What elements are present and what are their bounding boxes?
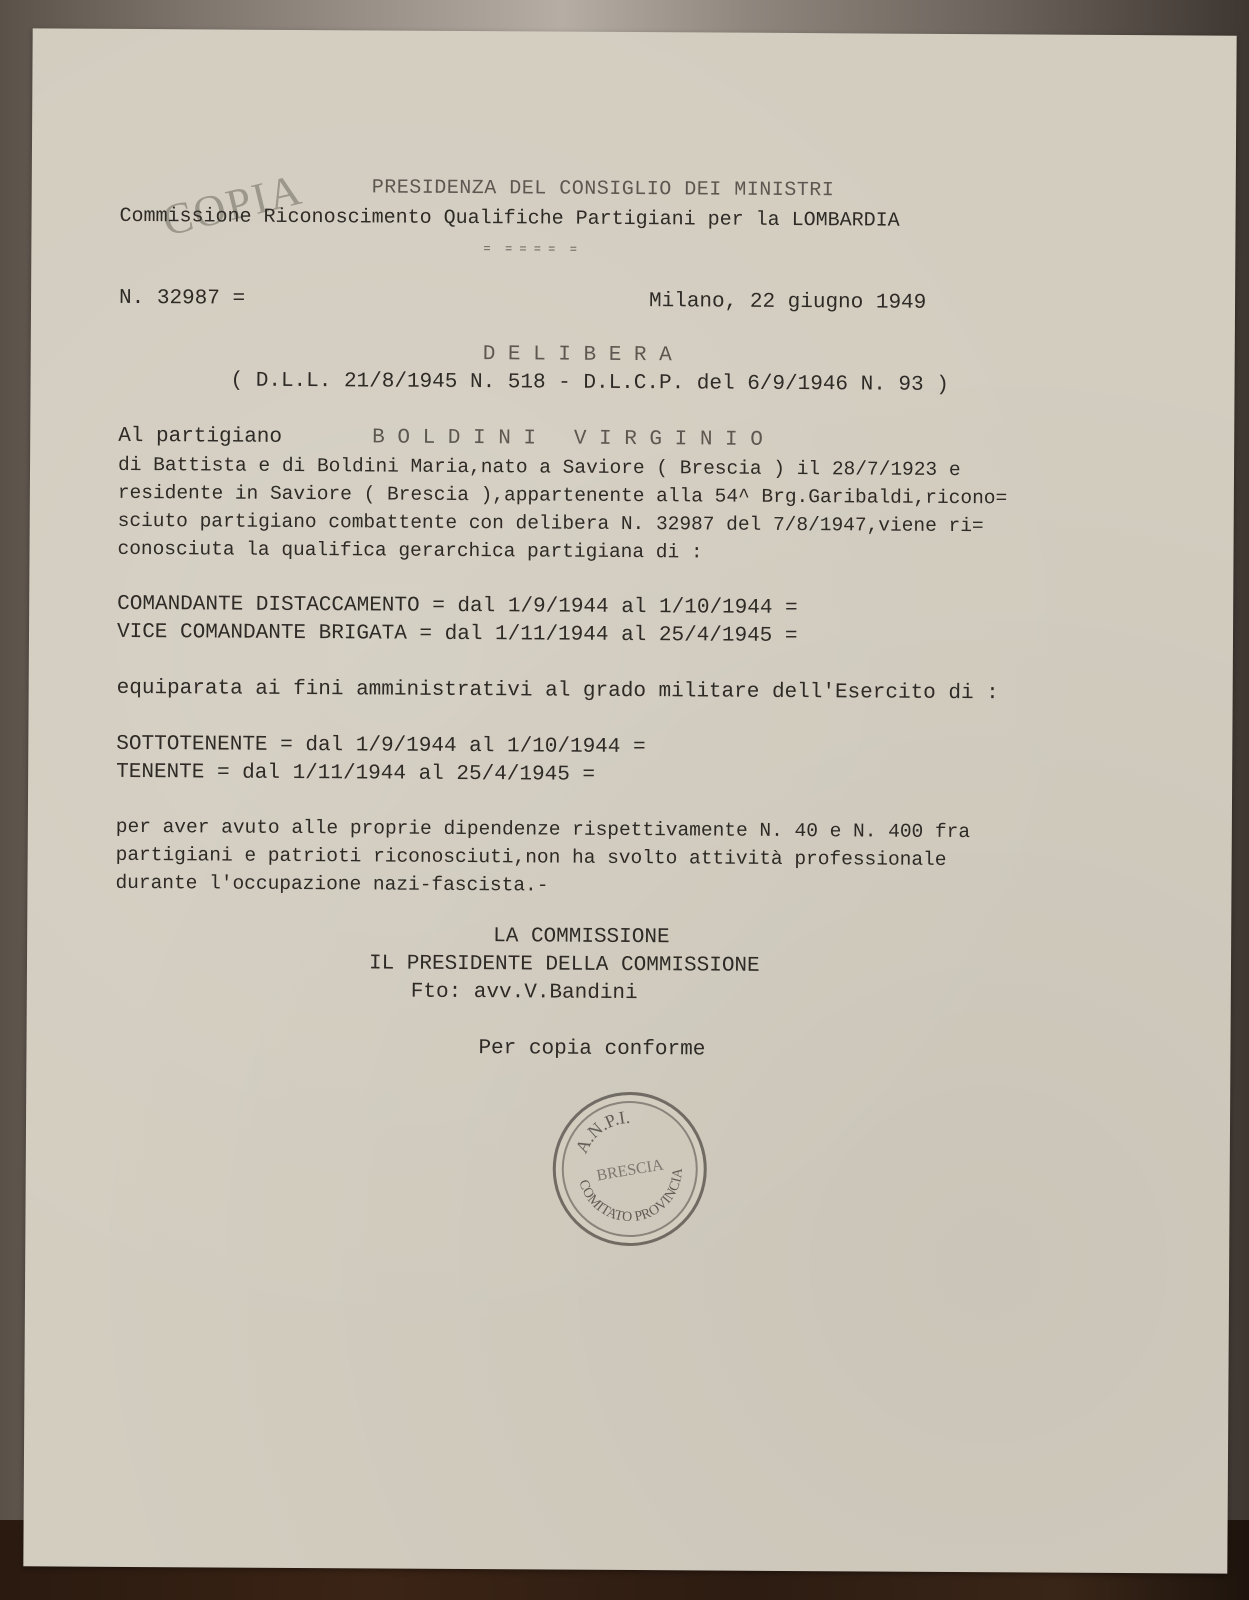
signature-presidente: IL PRESIDENTE DELLA COMMISSIONE (369, 950, 760, 980)
protocol-number: N. 32987 = (119, 285, 245, 314)
header-commissione: Commissione Riconoscimento Qualifiche Pa… (119, 203, 899, 236)
seal-icon: A.N.P.I. COMITATO PROVINCIALE BRESCIA (555, 1095, 704, 1244)
qualifica-2: VICE COMANDANTE BRIGATA = dal 1/11/1944 … (117, 619, 798, 651)
intro-prefix: Al partigiano (118, 423, 282, 452)
grado-1: SOTTOTENENTE = dal 1/9/1944 al 1/10/1944… (116, 731, 645, 762)
qualifica-1: COMANDANTE DISTACCAMENTO = dal 1/9/1944 … (117, 591, 798, 623)
document-heading: D E L I B E R A (483, 341, 672, 370)
equiparata-text: equiparata ai fini amministrativi al gra… (117, 675, 999, 708)
signature-commissione: LA COMMISSIONE (493, 923, 670, 952)
svg-text:BRESCIA: BRESCIA (595, 1156, 665, 1184)
header-presidenza: PRESIDENZA DEL CONSIGLIO DEI MINISTRI (372, 174, 835, 205)
signature-name: Fto: avv.V.Bandini (411, 979, 638, 1008)
grado-2: TENENTE = dal 1/11/1944 al 25/4/1945 = (116, 759, 595, 790)
legal-reference: ( D.L.L. 21/8/1945 N. 518 - D.L.C.P. del… (230, 368, 948, 400)
header-separator: = = = = = = (483, 235, 577, 264)
place-date: Milano, 22 giugno 1949 (649, 288, 926, 318)
anpi-seal-stamp: A.N.P.I. COMITATO PROVINCIALE BRESCIA (552, 1092, 707, 1247)
para2-line3: durante l'occupazione nazi-fascista.- (115, 869, 548, 900)
partisan-name: B O L D I N I V I R G I N I O (372, 424, 763, 454)
document-page: COPIA PRESIDENZA DEL CONSIGLIO DEI MINIS… (23, 28, 1236, 1573)
copy-conforme: Per copia conforme (478, 1035, 705, 1064)
para1-line4: conosciuta la qualifica gerarchica parti… (117, 535, 702, 567)
svg-text:A.N.P.I.: A.N.P.I. (571, 1107, 630, 1157)
